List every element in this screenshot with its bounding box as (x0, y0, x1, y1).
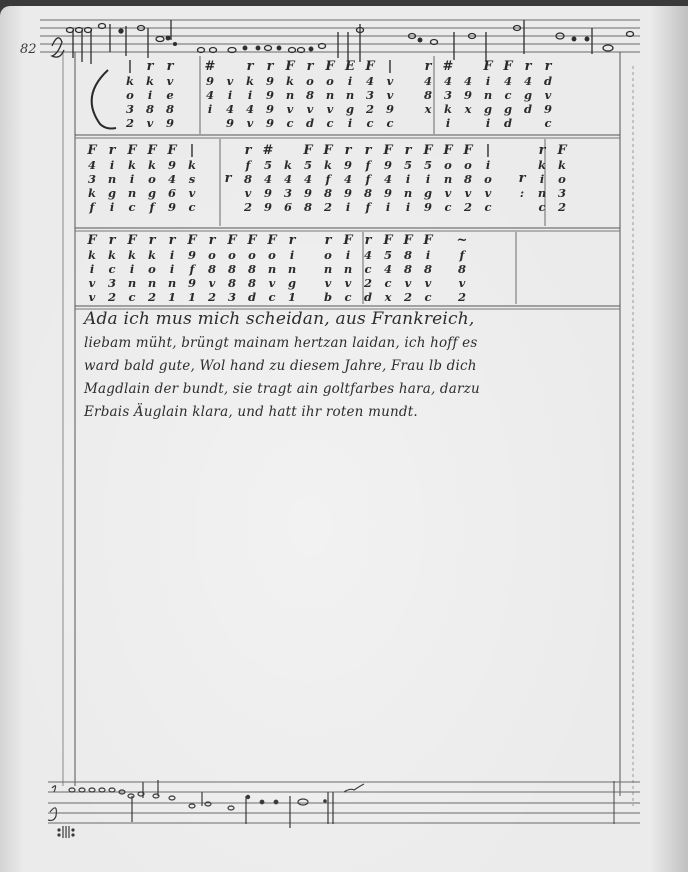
lyric-line: Erbais Äuglain klara, und hatt ihr roten… (84, 401, 624, 424)
tab-column: Fo8v2 (458, 144, 478, 214)
tab-column: rkon2 (142, 234, 162, 304)
tab-column: rki8v (140, 60, 160, 130)
tab-column: Fkinc (122, 234, 142, 304)
tab-column: Fkf82 (318, 144, 338, 214)
tab-column: #5499 (258, 144, 278, 214)
tab-column: Fkivv (82, 234, 102, 304)
tab-column: #94i (200, 60, 220, 130)
tablature-system-3: Fkivv rkc32 Fkinc rkon2 riin1 F9f91 ro8v… (82, 234, 472, 304)
tab-column: Fo88d (242, 234, 262, 304)
tab-column: rdv9c (538, 60, 558, 130)
tab-column: Fi8vc (418, 234, 438, 304)
tab-column: r48x (418, 60, 438, 130)
tab-column: r949i (338, 144, 358, 214)
tab-column: |vv9c (380, 60, 400, 130)
tab-column: |ko32 (120, 60, 140, 130)
tab-column: Fknvc (280, 60, 300, 130)
tab-column: F432c (360, 60, 380, 130)
lyric-line: Ada ich mus mich scheidan, aus Frankreic… (84, 306, 624, 332)
tab-column: r4c2d (358, 234, 378, 304)
manuscript-page: 82 (0, 6, 688, 872)
lyrics-block: Ada ich mus mich scheidan, aus Frankreic… (84, 306, 624, 424)
tab-column: rkinc (532, 144, 552, 214)
tab-column: Fkogf (142, 144, 162, 214)
tab-column: Fonvc (262, 234, 282, 304)
tab-column: ronvb (318, 234, 338, 304)
tab-column: |iovc (478, 144, 498, 214)
tab-column: ~f8v2 (452, 234, 472, 304)
tab-column: F949i (378, 144, 398, 214)
tab-column: riin1 (162, 234, 182, 304)
tab-column: F43kf (82, 144, 102, 214)
tab-column: Fko32 (552, 144, 572, 214)
tab-column: F54cx (378, 234, 398, 304)
tab-column: ro8vd (300, 60, 320, 130)
tab-column: k436 (278, 144, 298, 214)
tab-column: r (218, 144, 238, 214)
tab-column: #43ki (438, 60, 458, 130)
tab-column: rff8f (358, 144, 378, 214)
tab-column: |ksvc (182, 144, 202, 214)
tab-column: F9469 (162, 144, 182, 214)
tab-column: r9999 (260, 60, 280, 130)
tab-column: 49x (458, 60, 478, 130)
tab-column: Fingi (478, 60, 498, 130)
tab-column: rki4v (240, 60, 260, 130)
tab-column: F5ig9 (418, 144, 438, 214)
lyric-line: liebam müht, brüngt mainam hertzan laida… (84, 332, 624, 355)
tab-column: rf8v2 (238, 144, 258, 214)
tab-column: Eingi (340, 60, 360, 130)
tab-column: Finvc (338, 234, 358, 304)
tab-column: ringi (102, 144, 122, 214)
tab-column: F5498 (298, 144, 318, 214)
tab-column: r: (512, 144, 532, 214)
tab-column: r4gd (518, 60, 538, 130)
page-ruling (0, 6, 688, 872)
tab-column: r5ini (398, 144, 418, 214)
tab-column: Fonvc (320, 60, 340, 130)
tab-column: vi49 (220, 60, 240, 130)
tab-column: Fonvc (438, 144, 458, 214)
lyric-line: Magdlain der bundt, sie tragt ain goltfa… (84, 378, 624, 401)
tab-column: F4cgd (498, 60, 518, 130)
tab-column: rkc32 (102, 234, 122, 304)
tablature-system-1: |ko32 rki8v rve89 #94i vi49 rki4v r9999 … (120, 60, 558, 130)
tab-column: ro8v2 (202, 234, 222, 304)
tab-column: rve89 (160, 60, 180, 130)
tab-column: Fo883 (222, 234, 242, 304)
tab-column: Fkinc (122, 144, 142, 214)
tab-column: ring1 (282, 234, 302, 304)
tab-column: F9f91 (182, 234, 202, 304)
tab-column: F88v2 (398, 234, 418, 304)
lyric-line: ward bald gute, Wol hand zu diesem Jahre… (84, 355, 624, 378)
tablature-system-2: F43kf ringi Fkinc Fkogf F9469 |ksvc r rf… (82, 144, 572, 214)
